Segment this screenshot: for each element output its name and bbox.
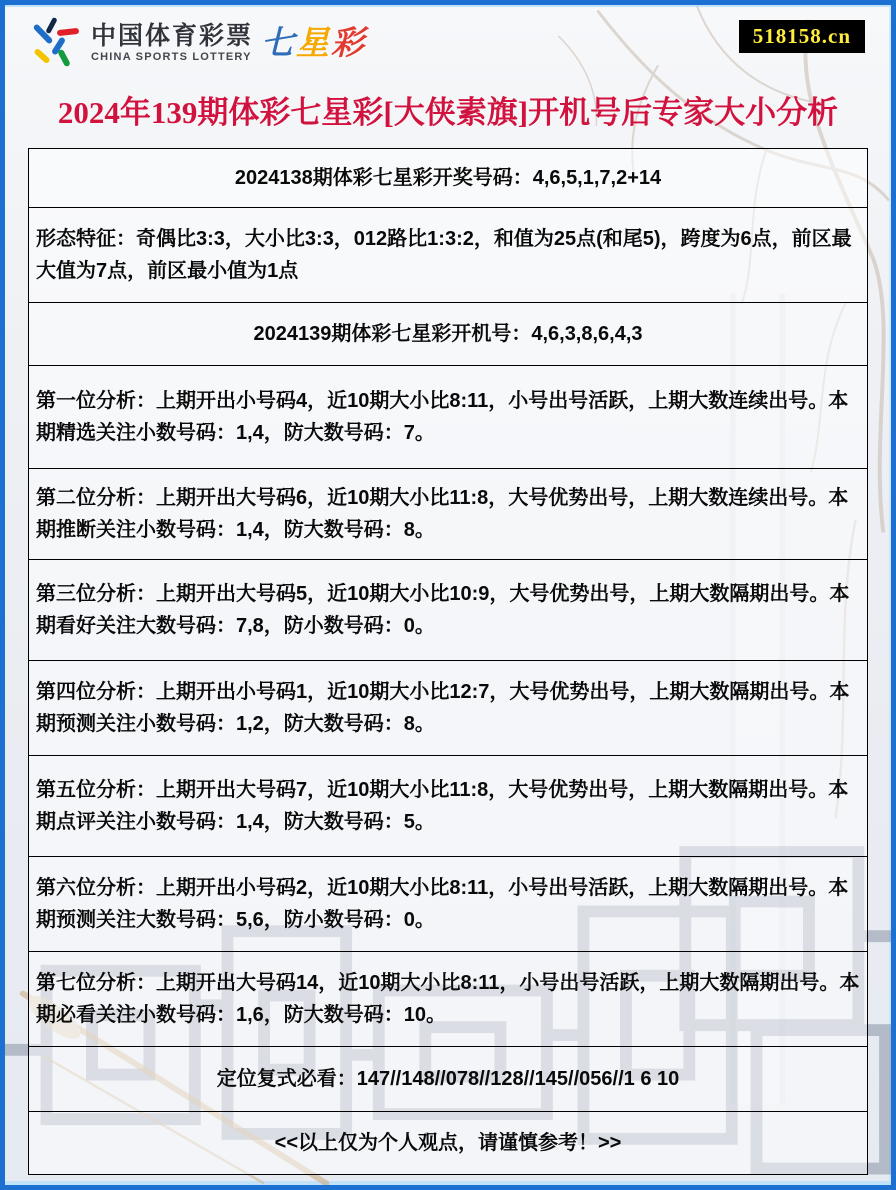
position-3-analysis-row: 第三位分析：上期开出大号码5，近10期大小比10:9，大号优势出号，上期大数隔期… [29,560,867,661]
page-header: 中国体育彩票 CHINA SPORTS LOTTERY 七星彩 518158.c… [5,5,891,79]
position-6-analysis-row: 第六位分析：上期开出小号码2，近10期大小比8:11，小号出号活跃，上期大数隔期… [29,857,867,952]
position-5-analysis-row: 第五位分析：上期开出大号码7，近10期大小比11:8，大号优势出号，上期大数隔期… [29,756,867,857]
machine-number-row: 2024139期体彩七星彩开机号：4,6,3,8,6,4,3 [29,303,867,366]
position-2-analysis-row: 第二位分析：上期开出大号码6，近10期大小比11:8，大号优势出号，上期大数连续… [29,469,867,560]
page-title: 2024年139期体彩七星彩[大侠素旗]开机号后专家大小分析 [5,87,891,132]
compound-picks-row: 定位复式必看：147//148//078//128//145//056//1 6… [29,1047,867,1112]
pattern-features-row: 形态特征：奇偶比3:3，大小比3:3，012路比1:3:2，和值为25点(和尾5… [29,208,867,303]
analysis-table: 2024138期体彩七星彩开奖号码：4,6,5,1,7,2+14 形态特征：奇偶… [28,148,868,1175]
position-7-analysis-row: 第七位分析：上期开出大号码14，近10期大小比8:11，小号出号活跃，上期大数隔… [29,952,867,1047]
brand-name-en: CHINA SPORTS LOTTERY [91,52,253,63]
china-sports-lottery-icon [31,17,81,69]
site-url-badge: 518158.cn [739,20,865,53]
draw-result-row: 2024138期体彩七星彩开奖号码：4,6,5,1,7,2+14 [29,149,867,208]
qixingcai-logotype: 七星彩 [261,17,366,69]
position-1-analysis-row: 第一位分析：上期开出小号码4，近10期大小比8:11，小号出号活跃，上期大数连续… [29,366,867,469]
disclaimer-row: <<以上仅为个人观点，请谨慎参考！>> [29,1112,867,1174]
brand-text: 中国体育彩票 CHINA SPORTS LOTTERY [91,24,253,63]
brand-logo: 中国体育彩票 CHINA SPORTS LOTTERY 七星彩 [31,17,366,69]
brand-name-cn: 中国体育彩票 [91,24,253,49]
lottery-analysis-page: 中国体育彩票 CHINA SPORTS LOTTERY 七星彩 518158.c… [0,0,896,1190]
position-4-analysis-row: 第四位分析：上期开出小号码1，近10期大小比12:7，大号优势出号，上期大数隔期… [29,661,867,756]
